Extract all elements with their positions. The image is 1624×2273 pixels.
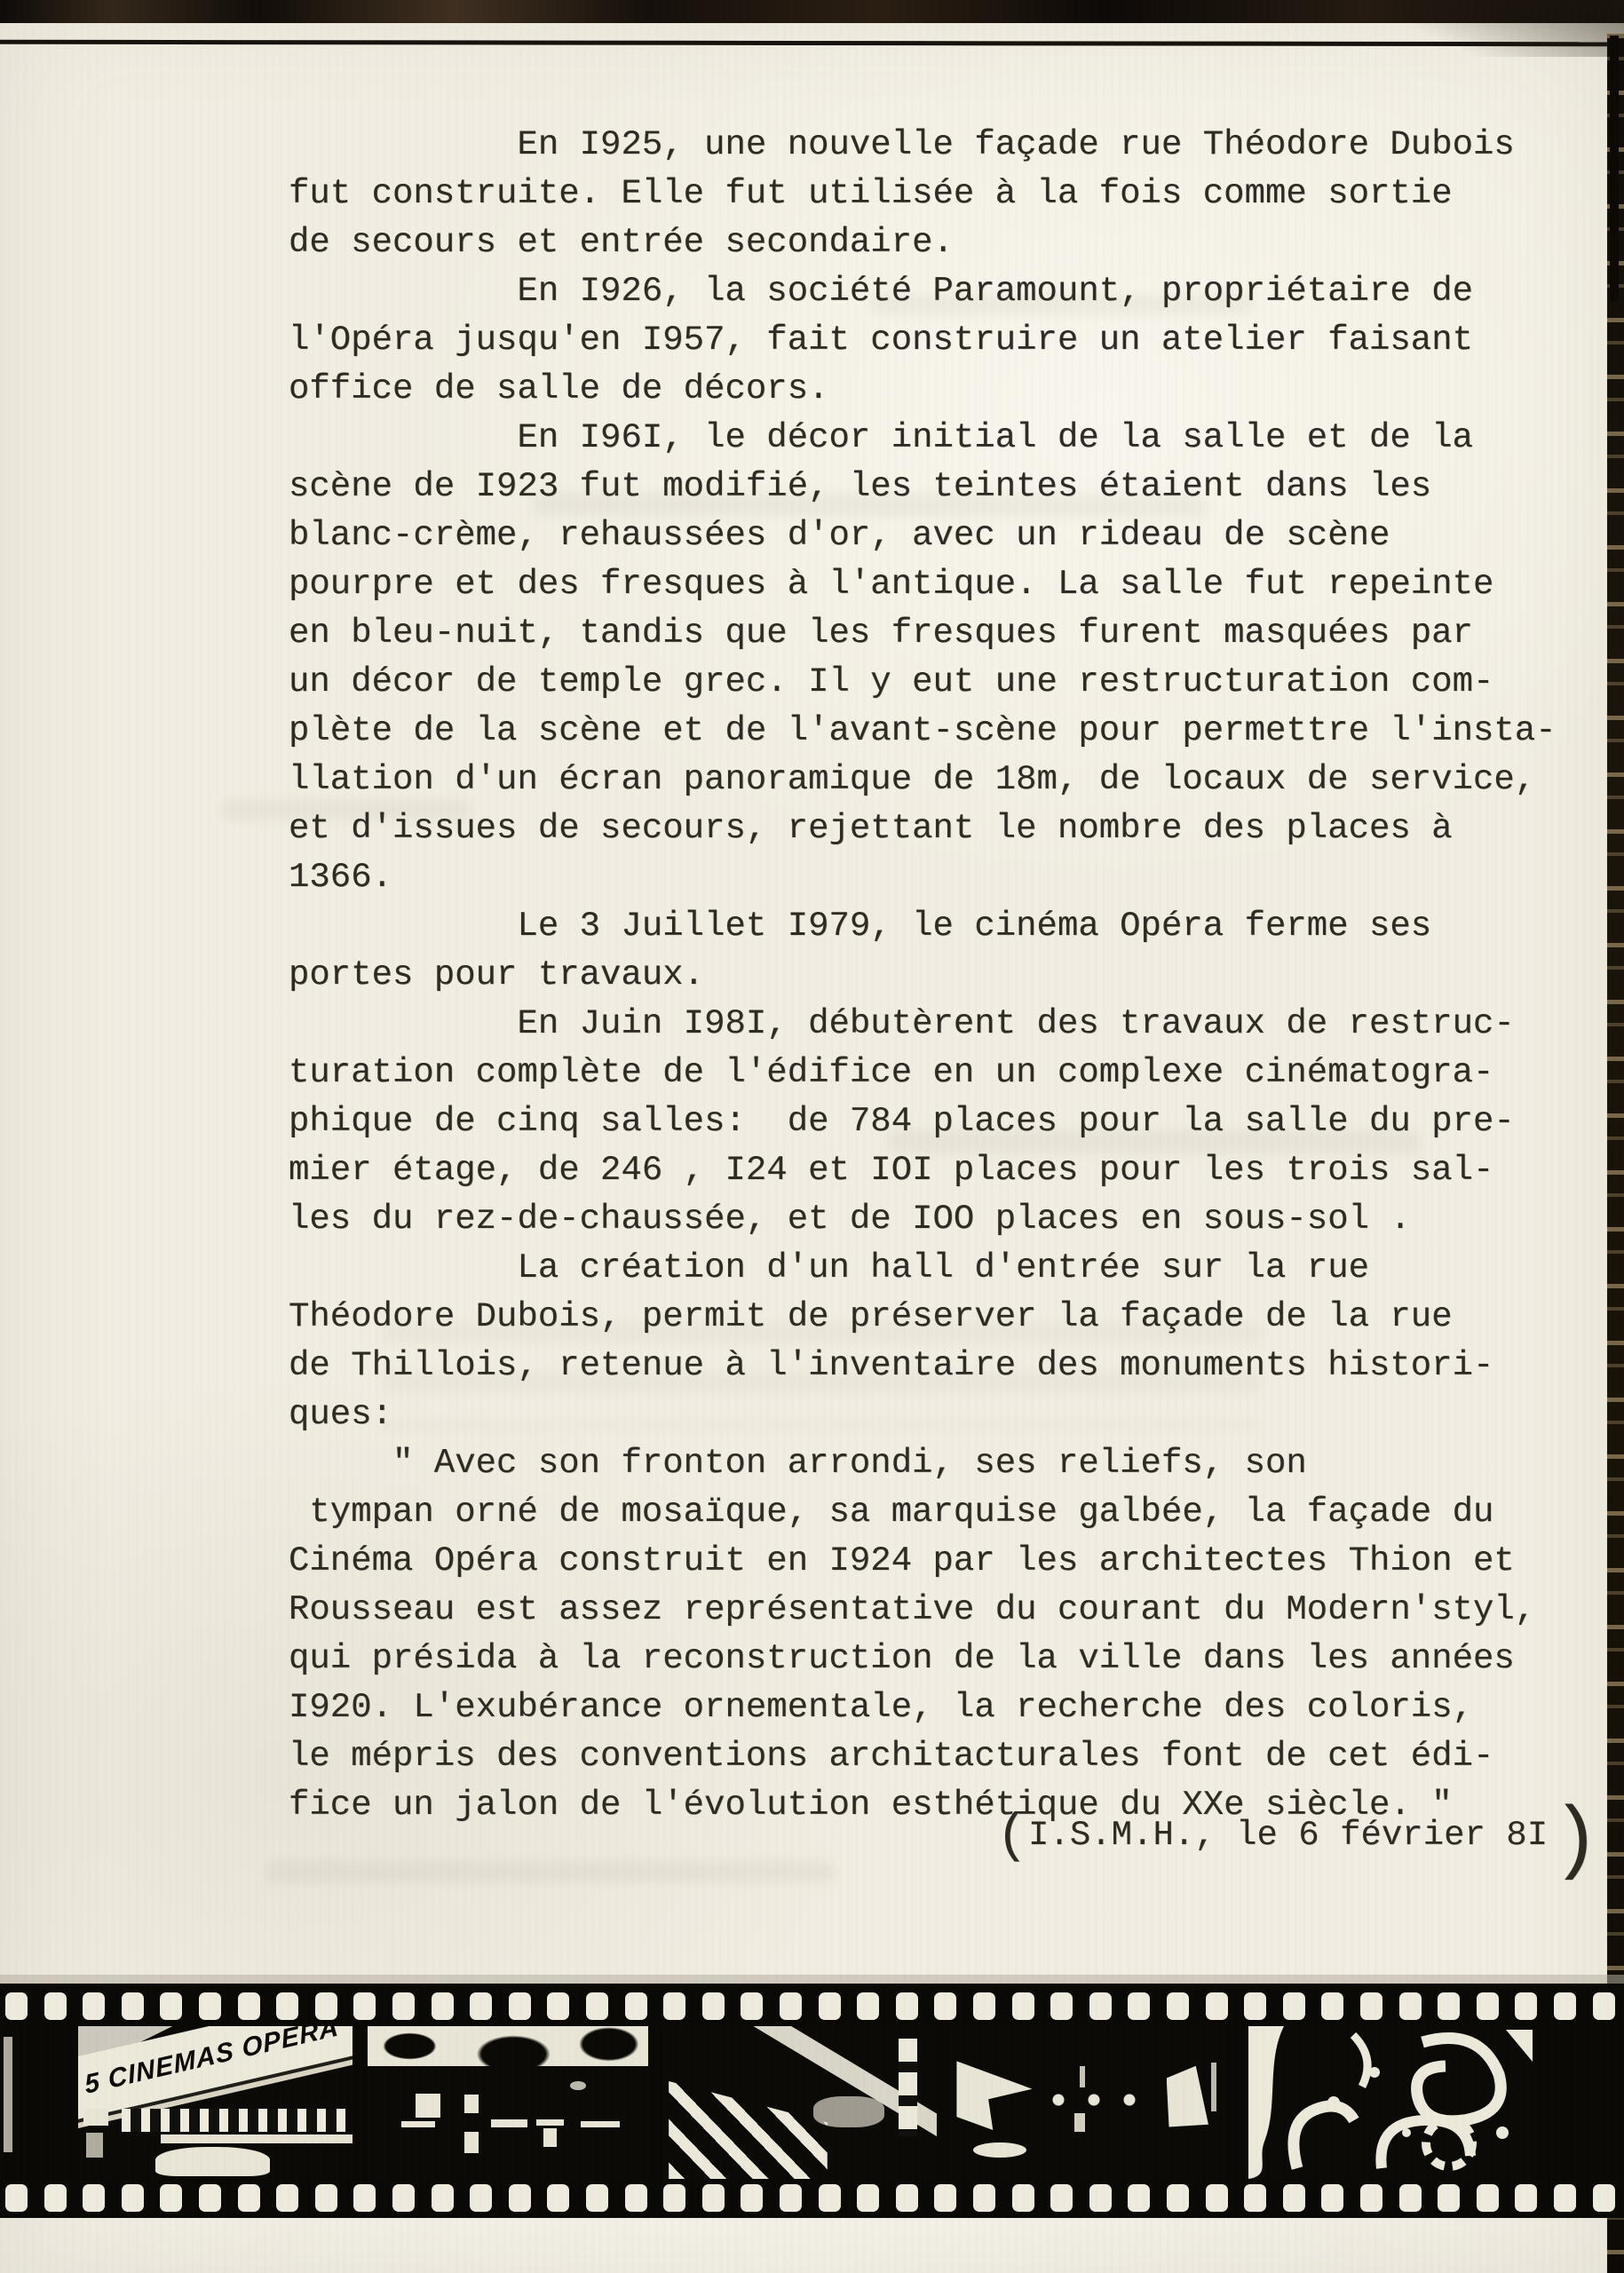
- sprocket-hole: [276, 1992, 298, 2020]
- sprocket-hole: [896, 2184, 918, 2212]
- sprocket-hole: [741, 2184, 763, 2212]
- landing-glow: [813, 2096, 884, 2126]
- text-line: Théodore Dubois, permit de préserver la …: [289, 1293, 1557, 1342]
- attribution-open-paren: (: [996, 1807, 1028, 1867]
- wall-highlight: [956, 2056, 1032, 2130]
- sprocket-hole: [238, 1992, 260, 2020]
- text-line: Cinéma Opéra construit en I924 par les a…: [289, 1537, 1557, 1586]
- poster-frame: [539, 2124, 561, 2151]
- sprocket-hole: [5, 1992, 28, 2020]
- sprocket-hole: [353, 1992, 376, 2020]
- sprocket-hole: [470, 2184, 492, 2212]
- sprocket-hole: [1012, 1992, 1034, 2020]
- sprocket-hole: [1283, 2184, 1305, 2212]
- sprocket-hole: [625, 2184, 647, 2212]
- sprocket-hole: [1283, 1992, 1305, 2020]
- film-strip: 5 CINEMAS OPERA: [0, 1984, 1624, 2218]
- sprocket-hole: [1128, 2184, 1150, 2212]
- attribution-text: I.S.M.H., le 6 février 8I: [1028, 1816, 1548, 1855]
- sprocket-hole: [547, 2184, 569, 2212]
- text-line: " Avec son fronton arrondi, ses reliefs,…: [289, 1439, 1557, 1488]
- sprocket-hole: [1515, 1992, 1537, 2020]
- side-sign: [83, 2109, 108, 2126]
- sprocket-hole: [122, 2184, 144, 2212]
- text-line: turation complète de l'édifice en un com…: [289, 1049, 1557, 1097]
- text-line: blanc-crème, rehaussées d'or, avec un ri…: [289, 511, 1557, 560]
- text-line: en bleu-nuit, tandis que les fresques fu…: [289, 609, 1557, 658]
- sprocket-hole: [857, 1992, 879, 2020]
- text-line: En I925, une nouvelle façade rue Théodor…: [289, 121, 1557, 170]
- lamp-highlight: [570, 2081, 587, 2090]
- sprocket-hole: [509, 1992, 531, 2020]
- sprocket-hole: [44, 2184, 67, 2212]
- sprocket-hole: [83, 2184, 105, 2212]
- sprocket-hole: [1554, 2184, 1576, 2212]
- sprocket-hole: [857, 2184, 879, 2212]
- text-line: tympan orné de mosaïque, sa marquise gal…: [289, 1488, 1557, 1537]
- curtain-highlight: [1167, 2066, 1208, 2127]
- sprocket-hole: [663, 2184, 685, 2212]
- sprocket-hole: [315, 1992, 337, 2020]
- text-line: pourpre et des fresques à l'antique. La …: [289, 560, 1557, 609]
- attribution-close-paren: ): [1551, 1794, 1600, 1888]
- bright-wall: [368, 2026, 648, 2066]
- sprocket-hole: [432, 1992, 454, 2020]
- text-line: phique de cinq salles: de 784 places pou…: [289, 1097, 1557, 1146]
- sprocket-hole: [1206, 1992, 1228, 2020]
- text-line: et d'issues de secours, rejettant le nom…: [289, 804, 1557, 853]
- awning-band: [161, 2134, 353, 2143]
- sprocket-hole: [44, 1992, 67, 2020]
- sprocket-hole: [1360, 2184, 1382, 2212]
- sprocket-hole: [934, 1992, 956, 2020]
- sprocket-hole: [315, 2184, 337, 2212]
- sprocket-hole: [741, 1992, 763, 2020]
- attribution: ( I.S.M.H., le 6 février 8I ): [996, 1795, 1600, 1875]
- sprocket-hole: [1128, 1992, 1150, 2020]
- side-sign: [86, 2133, 103, 2158]
- text-line: portes pour travaux.: [289, 951, 1557, 1000]
- sprocket-hole: [702, 2184, 725, 2212]
- sprocket-hole: [5, 2184, 28, 2212]
- text-line: En I926, la société Paramount, propriéta…: [289, 267, 1557, 316]
- poster-frame: [460, 2127, 482, 2158]
- text-line: Le 3 Juillet I979, le cinéma Opéra ferme…: [289, 902, 1557, 951]
- sprocket-hole: [1360, 1992, 1382, 2020]
- sprocket-hole: [819, 1992, 841, 2020]
- poster-frame: [460, 2090, 482, 2118]
- text-line: scène de I923 fut modifié, les teintes é…: [289, 463, 1557, 511]
- scan-artifact-corner: [1358, 0, 1624, 57]
- sprocket-hole: [547, 1992, 569, 2020]
- sprocket-hole: [663, 1992, 685, 2020]
- sprocket-hole: [1012, 2184, 1034, 2212]
- sprocket-hole: [1167, 2184, 1189, 2212]
- sprocket-hole: [199, 1992, 221, 2020]
- sprocket-hole: [1477, 2184, 1499, 2212]
- text-line: Rousseau est assez représentative du cou…: [289, 1586, 1557, 1635]
- sprocket-hole: [1399, 1992, 1422, 2020]
- sprocket-hole: [432, 2184, 454, 2212]
- window-highlight: [416, 2094, 440, 2119]
- text-line: l'Opéra jusqu'en I957, fait construire u…: [289, 316, 1557, 365]
- dark-auditorium-photo: [948, 2026, 1228, 2179]
- sprocket-hole: [1244, 2184, 1266, 2212]
- sprocket-hole: [1438, 2184, 1460, 2212]
- text-line: En I96I, le décor initial de la salle et…: [289, 414, 1557, 463]
- sprocket-hole: [1593, 1992, 1615, 2020]
- text-line: les du rez-de-chaussée, et de IOO places…: [289, 1195, 1557, 1244]
- text-line: un décor de temple grec. Il y eut une re…: [289, 658, 1557, 707]
- doorway-highlight: [1074, 2113, 1086, 2132]
- sprocket-hole: [392, 1992, 415, 2020]
- sprocket-hole: [1477, 1992, 1499, 2020]
- text-line: de Thillois, retenue à l'inventaire des …: [289, 1342, 1557, 1390]
- ledge-highlight: [536, 2119, 565, 2126]
- sprocket-hole: [199, 2184, 221, 2212]
- sprocket-hole: [780, 1992, 802, 2020]
- sprocket-hole: [1321, 2184, 1343, 2212]
- typewritten-text: En I925, une nouvelle façade rue Théodor…: [289, 121, 1557, 1830]
- sprocket-hole: [896, 1992, 918, 2020]
- text-line: de secours et entrée secondaire.: [289, 218, 1557, 267]
- facade-windows-posters-photo: [368, 2026, 648, 2179]
- sprocket-hole: [702, 1992, 725, 2020]
- text-line: qui présida à la reconstruction de la vi…: [289, 1635, 1557, 1683]
- doorway-highlight: [1080, 2066, 1085, 2087]
- sprocket-hole: [1050, 2184, 1073, 2212]
- sprocket-hole: [1244, 1992, 1266, 2020]
- floor-highlight: [973, 2142, 1026, 2158]
- sprocket-hole: [470, 1992, 492, 2020]
- text-line: ques:: [289, 1390, 1557, 1439]
- sprocket-hole: [1089, 1992, 1112, 2020]
- sprocket-hole: [1438, 1992, 1460, 2020]
- sprocket-hole: [819, 2184, 841, 2212]
- sprocket-hole: [1515, 2184, 1537, 2212]
- text-line: En Juin I98I, débutèrent des travaux de …: [289, 1000, 1557, 1049]
- text-line: 1366.: [289, 853, 1557, 902]
- sprocket-hole: [1050, 1992, 1073, 2020]
- sprocket-hole: [1206, 2184, 1228, 2212]
- text-line: office de salle de décors.: [289, 365, 1557, 414]
- sprocket-hole: [353, 2184, 376, 2212]
- sprocket-hole: [625, 1992, 647, 2020]
- sprocket-hole: [238, 2184, 260, 2212]
- ledge-highlight: [581, 2121, 620, 2127]
- text-line: La création d'un hall d'entrée sur la ru…: [289, 1244, 1557, 1293]
- grand-staircase-photo: [663, 2026, 937, 2179]
- marquee-lights: [122, 2109, 346, 2132]
- text-line: I920. L'exubérance ornementale, la reche…: [289, 1683, 1557, 1732]
- ceiling-lights: [1052, 2094, 1153, 2107]
- scan-artifact-right-edge-dark: [1610, 36, 1619, 302]
- text-line: mier étage, de 246 , I24 et IOI places p…: [289, 1146, 1557, 1195]
- sprocket-hole: [973, 2184, 995, 2212]
- sprocket-hole: [973, 1992, 995, 2020]
- sprocket-hole: [1554, 1992, 1576, 2020]
- sprocket-hole: [780, 2184, 802, 2212]
- sprocket-hole: [276, 2184, 298, 2212]
- sprocket-hole: [586, 1992, 608, 2020]
- parked-car-highlight: [155, 2147, 271, 2176]
- sprocket-hole: [392, 2184, 415, 2212]
- sprocket-hole: [586, 2184, 608, 2212]
- text-line: llation d'un écran panoramique de 18m, d…: [289, 756, 1557, 804]
- relief-carving-graphic: [1248, 2026, 1533, 2179]
- pillar-highlight: [899, 2039, 918, 2136]
- sprocket-hole: [1089, 2184, 1112, 2212]
- page: En I925, une nouvelle façade rue Théodor…: [0, 0, 1624, 2273]
- sprocket-hole: [934, 2184, 956, 2212]
- text-line: plète de la scène et de l'avant-scène po…: [289, 707, 1557, 756]
- sprocket-hole: [160, 2184, 182, 2212]
- text-line: le mépris des conventions architacturale…: [289, 1732, 1557, 1781]
- sprocket-hole: [1399, 2184, 1422, 2212]
- staircase-steps: [669, 2054, 828, 2179]
- ledge-highlight: [401, 2121, 435, 2127]
- sprocket-hole: [122, 1992, 144, 2020]
- sprocket-hole: [509, 2184, 531, 2212]
- scan-artifact-right-edge: [1607, 34, 1624, 2273]
- sprocket-hole: [83, 1992, 105, 2020]
- text-line: fut construite. Elle fut utilisée à la f…: [289, 170, 1557, 218]
- sprocket-hole: [1321, 1992, 1343, 2020]
- sprocket-hole: [160, 1992, 182, 2020]
- sprocket-hole: [1167, 1992, 1189, 2020]
- cinema-facade-photo: 5 CINEMAS OPERA: [78, 2026, 353, 2179]
- bleedthrough-smudge: [266, 1861, 835, 1882]
- sprocket-hole: [1593, 2184, 1615, 2212]
- light-slit: [1211, 2063, 1216, 2111]
- scan-artifact-notch: [4, 2037, 12, 2152]
- ornamental-relief-photo: [1248, 2026, 1533, 2179]
- ledge-highlight: [491, 2119, 527, 2127]
